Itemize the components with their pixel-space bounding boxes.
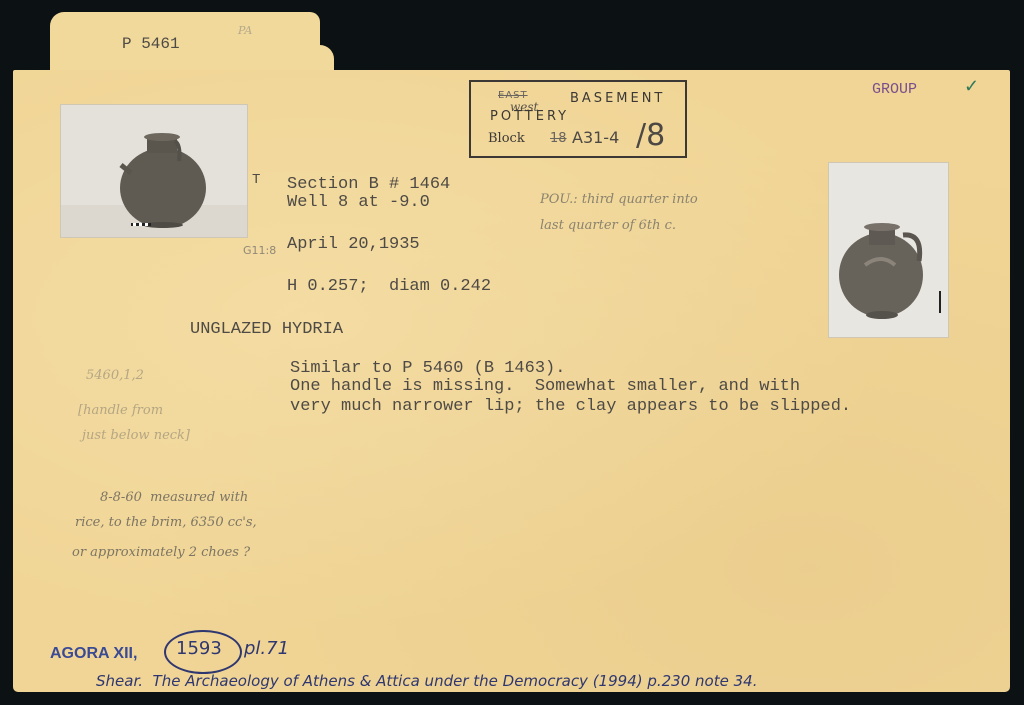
stamp-pottery: POTTERY bbox=[490, 109, 569, 124]
catalog-number: 1593 bbox=[176, 638, 222, 659]
tab-shadow bbox=[13, 42, 53, 72]
well-location: Well 8 at -9.0 bbox=[287, 193, 430, 213]
stamp-basement: BASEMENT bbox=[570, 91, 665, 106]
photo-left bbox=[61, 105, 247, 237]
description-line-2: One handle is missing. Somewhat smaller,… bbox=[290, 377, 800, 397]
excavation-date: April 20,1935 bbox=[287, 235, 420, 255]
related-note-line-3: just below neck] bbox=[82, 428, 190, 443]
stamp-block-extra: /8 bbox=[636, 118, 665, 153]
check-mark-icon: ✓ bbox=[964, 76, 979, 97]
related-note-line-2: [handle from bbox=[78, 403, 163, 418]
tab-pencil-mark: PA bbox=[238, 24, 252, 37]
stamp-block-struck: 18 bbox=[550, 131, 567, 146]
stamp-block-label: Block bbox=[488, 131, 525, 146]
marker-letter: T bbox=[252, 170, 260, 190]
related-note-line-1: 5460,1,2 bbox=[86, 368, 144, 383]
dating-note-line-2: last quarter of 6th c. bbox=[540, 218, 676, 233]
plate-reference: pl.71 bbox=[244, 638, 289, 659]
hydria-side-photo-icon bbox=[61, 105, 247, 237]
shear-reference: Shear. The Archaeology of Athens & Attic… bbox=[96, 672, 757, 690]
description-line-1: Similar to P 5460 (B 1463). bbox=[290, 359, 565, 379]
agora-stamp: AGORA XII, bbox=[50, 645, 137, 663]
dimensions: H 0.257; diam 0.242 bbox=[287, 277, 491, 297]
stamp-block-value: A31-4 bbox=[572, 128, 619, 147]
description-line-3: very much narrower lip; the clay appears… bbox=[290, 397, 851, 417]
tab-edge bbox=[318, 45, 334, 73]
hydria-handle-photo-icon bbox=[829, 163, 948, 337]
section-number: Section B # 1464 bbox=[287, 175, 450, 195]
measurement-note-line-3: or approximately 2 choes ? bbox=[72, 545, 250, 560]
measurement-note-line-2: rice, to the brim, 6350 cc's, bbox=[75, 515, 257, 530]
grid-reference: G11:8 bbox=[243, 244, 276, 257]
dating-note-line-1: POU.: third quarter into bbox=[540, 192, 698, 207]
inventory-number: P 5461 bbox=[122, 34, 180, 54]
group-label: GROUP bbox=[872, 80, 917, 100]
measurement-note-line-1: 8-8-60 measured with bbox=[100, 490, 248, 505]
object-title: UNGLAZED HYDRIA bbox=[190, 320, 343, 340]
photo-right bbox=[829, 163, 948, 337]
